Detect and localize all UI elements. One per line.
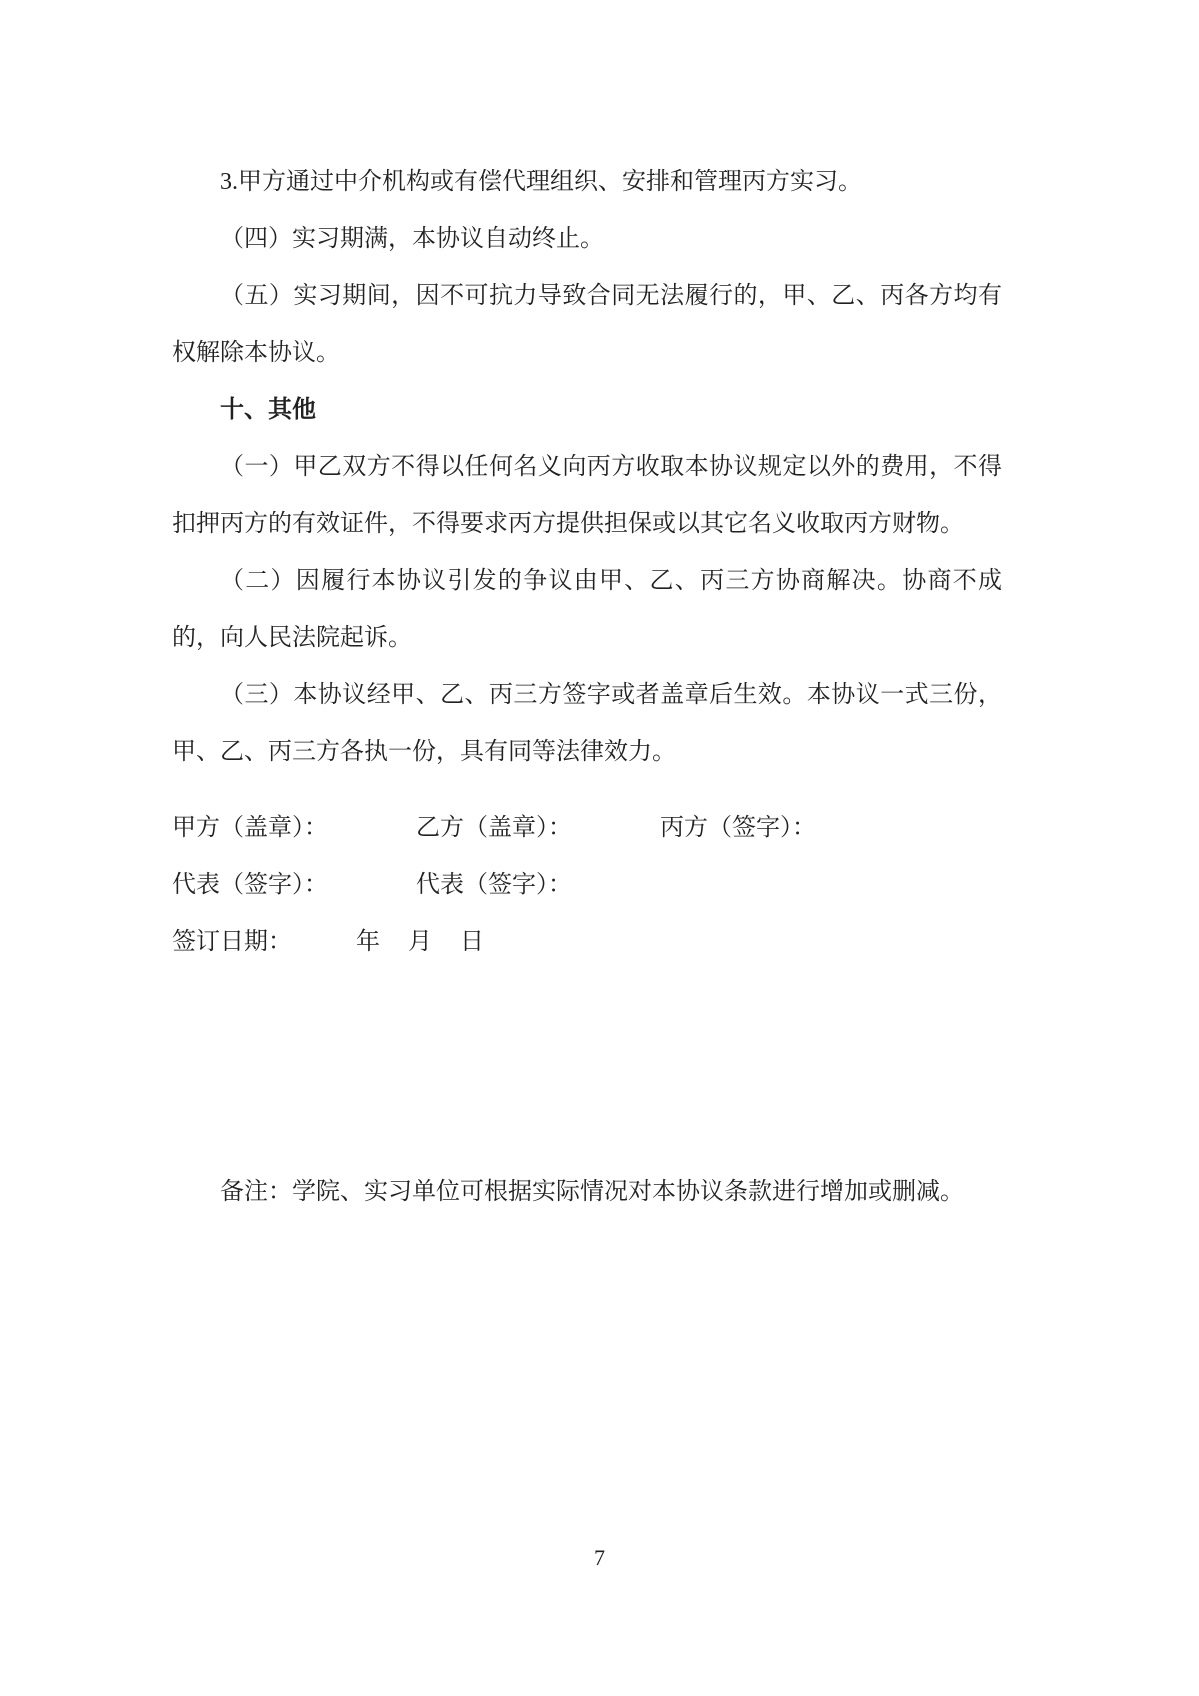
page-number: 7: [0, 1543, 1199, 1573]
signing-date-row: 签订日期：年月日: [172, 914, 1002, 971]
signing-date-label: 签订日期：: [172, 929, 292, 955]
rep-b-sign-label: 代表（签字）：: [416, 872, 572, 898]
clause-4-paragraph: （四）实习期满，本协议自动终止。: [172, 211, 1002, 268]
clause-10-2-paragraph: （二）因履行本协议引发的争议由甲、乙、丙三方协商解决。协商不成的，向人民法院起诉…: [172, 553, 1002, 667]
clause-10-3-paragraph: （三）本协议经甲、乙、丙三方签字或者盖章后生效。本协议一式三份，甲、乙、丙三方各…: [172, 667, 1002, 781]
clause-10-1-paragraph: （一）甲乙双方不得以任何名义向丙方收取本协议规定以外的费用，不得扣押丙方的有效证…: [172, 439, 1002, 553]
party-b-seal-label: 乙方（盖章）：: [416, 815, 572, 841]
clause-3-paragraph: 3.甲方通过中介机构或有偿代理组织、安排和管理丙方实习。: [172, 154, 1002, 211]
representative-signature-row: 代表（签字）：代表（签字）：: [172, 857, 1002, 914]
remark-paragraph: 备注：学院、实习单位可根据实际情况对本协议条款进行增加或删减。: [172, 1164, 1002, 1221]
signature-block: 甲方（盖章）：乙方（盖章）：丙方（签字）： 代表（签字）：代表（签字）： 签订日…: [172, 800, 1002, 971]
rep-a-sign-label: 代表（签字）：: [172, 872, 328, 898]
party-a-seal-label: 甲方（盖章）：: [172, 815, 328, 841]
document-content: 3.甲方通过中介机构或有偿代理组织、安排和管理丙方实习。 （四）实习期满，本协议…: [172, 154, 1002, 1245]
section-10-heading: 十、其他: [172, 382, 1002, 439]
seal-signature-row: 甲方（盖章）：乙方（盖章）：丙方（签字）：: [172, 800, 1002, 857]
document-page: 3.甲方通过中介机构或有偿代理组织、安排和管理丙方实习。 （四）实习期满，本协议…: [0, 0, 1199, 1696]
month-label: 月: [408, 929, 432, 955]
party-c-sign-label: 丙方（签字）：: [660, 815, 816, 841]
year-label: 年: [356, 929, 380, 955]
clause-5-paragraph: （五）实习期间，因不可抗力导致合同无法履行的，甲、乙、丙各方均有权解除本协议。: [172, 268, 1002, 382]
day-label: 日: [460, 929, 484, 955]
